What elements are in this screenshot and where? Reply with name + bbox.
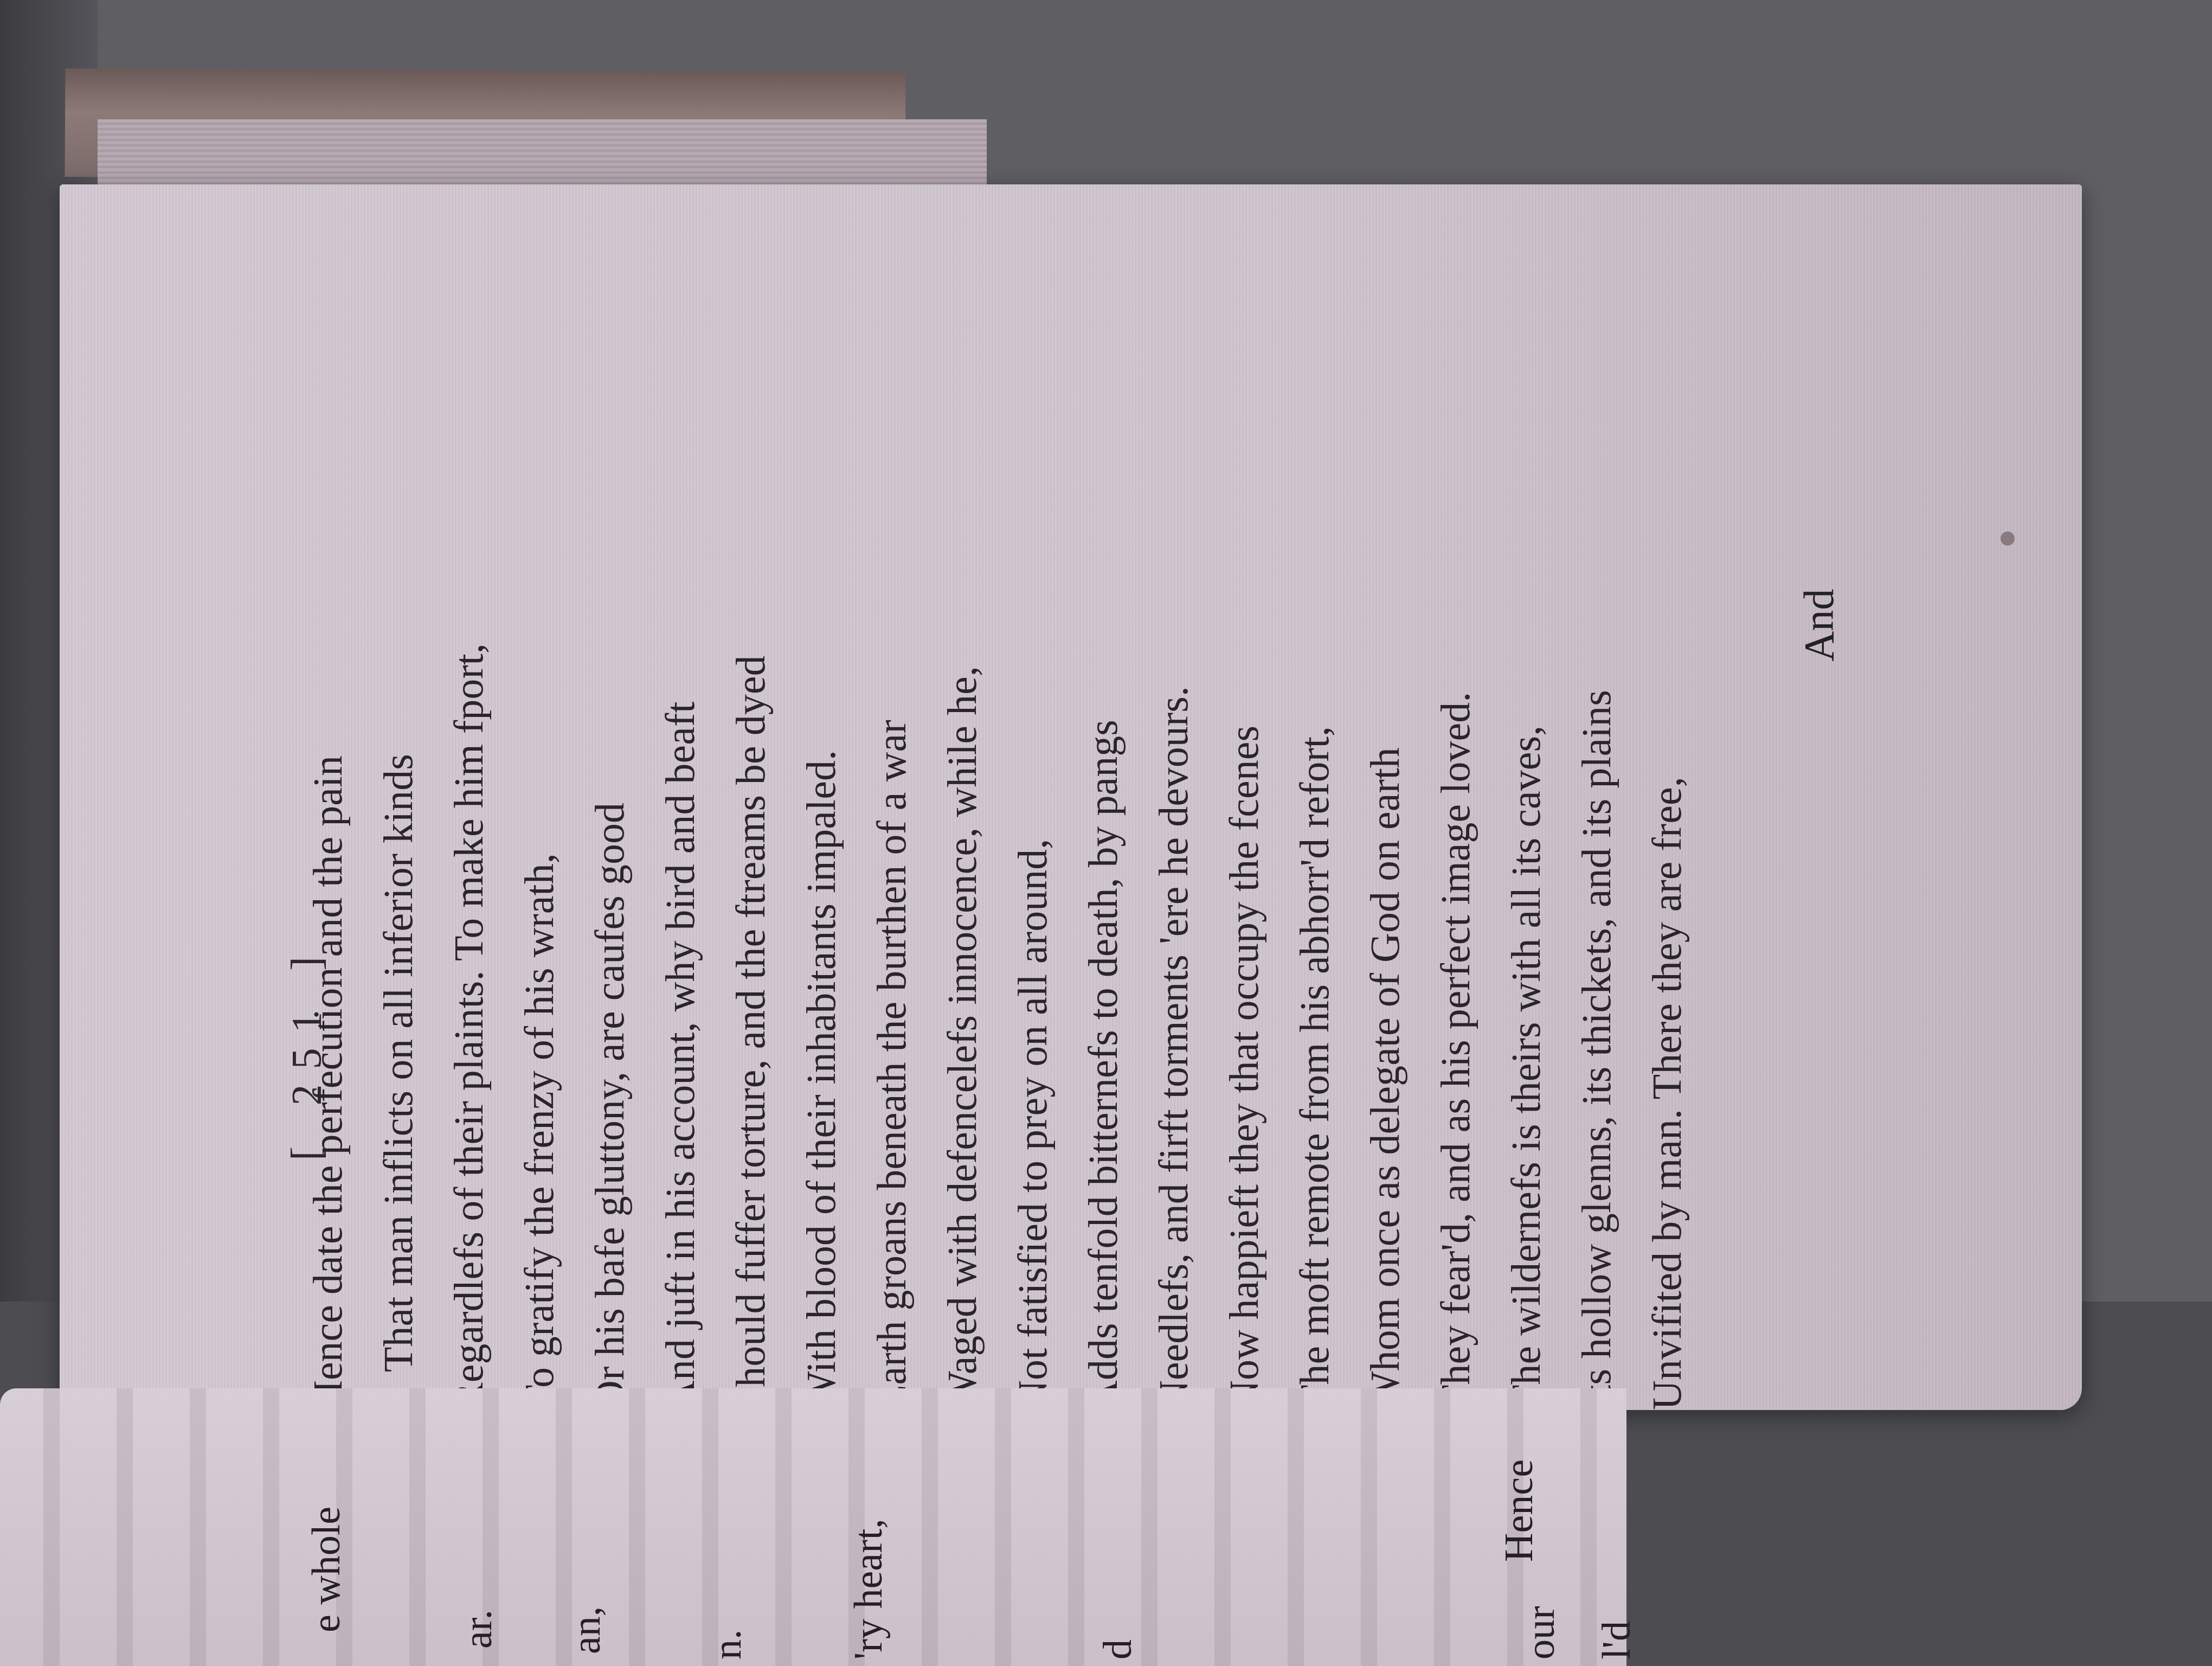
verse-line: Waged with defencelefs innocence, while … [927, 271, 998, 1410]
verse-line: They fear'd, and as his perfect image lo… [1420, 271, 1491, 1410]
left-page-fragment: e whole [304, 1507, 350, 1632]
verse-line: Unvifited by man. There they are free, [1632, 271, 1702, 1410]
right-page: [ 251 ] Hence date the perfecution and t… [60, 184, 2082, 1410]
left-page-fragment: d [1095, 1639, 1141, 1659]
catchword: And [1795, 589, 1843, 662]
verse-line: With blood of their inhabitants impaled. [786, 271, 857, 1410]
verse-line: And juft in his account, why bird and be… [645, 271, 716, 1410]
verse-line: Or his bafe gluttony, are caufes good [575, 271, 645, 1410]
verse-line: Should fuffer torture, and the ftreams b… [716, 271, 786, 1410]
left-page-fragment: our [1518, 1606, 1564, 1659]
left-page-fragment: l'd [1594, 1621, 1640, 1659]
left-page-fragment: ar. [455, 1610, 501, 1649]
verse-line: Hence date the perfecution and the pain [293, 271, 363, 1410]
left-page-catchword: Hence [1496, 1459, 1542, 1562]
verse-line: Now happieft they that occupy the fcenes [1209, 271, 1279, 1410]
verse-line: Regardlefs of their plaints. To make him… [434, 271, 504, 1410]
verse-line: Adds tenfold bitternefs to death, by pan… [1068, 271, 1139, 1410]
verse-line: That man inflicts on all inferior kinds [363, 271, 434, 1410]
page-edges [98, 119, 987, 195]
verse-line: Not fatisfied to prey on all around, [998, 271, 1068, 1410]
verse-line: Its hollow glenns, its thickets, and its… [1561, 271, 1632, 1410]
verse-line: Needlefs, and firft torments 'ere he dev… [1139, 271, 1209, 1410]
left-page-fragment: 'ry heart, [846, 1518, 892, 1659]
show-through-text [0, 1388, 1626, 1666]
verse-line: To gratify the frenzy of his wrath, [504, 271, 575, 1410]
verse-text-block: Hence date the perfecution and the pain … [293, 271, 1702, 1410]
verse-line: The moft remote from his abhorr'd refort… [1279, 271, 1350, 1410]
verse-line: Earth groans beneath the burthen of a wa… [857, 271, 927, 1410]
verse-line: Whom once as delegate of God on earth [1350, 271, 1420, 1410]
left-page-fragment: an, [564, 1606, 610, 1654]
left-page-fragment: n. [705, 1630, 751, 1660]
verse-line: The wildernefs is theirs with all its ca… [1491, 271, 1561, 1410]
left-page: e whole ar. an, n. 'ry heart, d our l'd [0, 1388, 1626, 1666]
paper-spot [2001, 531, 2015, 546]
